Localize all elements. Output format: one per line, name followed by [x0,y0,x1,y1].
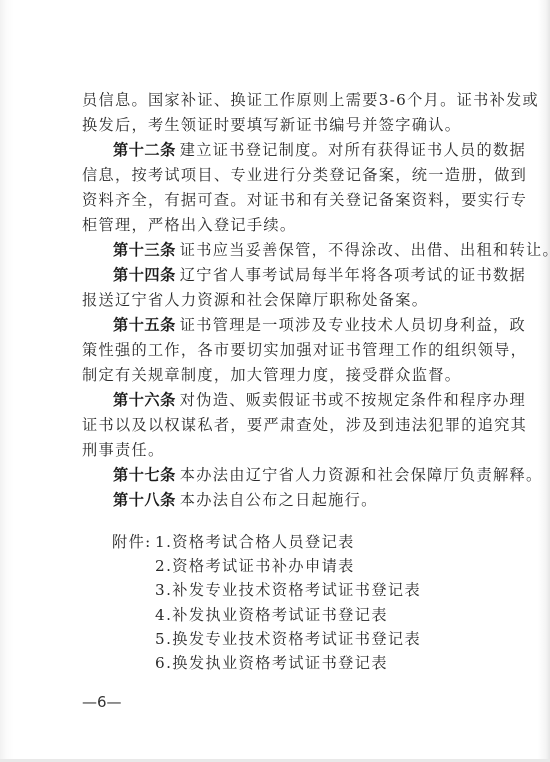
page-number: —6— [82,693,122,711]
article-label: 第十二条 [113,141,176,159]
article-label: 第十六条 [113,391,176,409]
attachment-row: 5.换发专业技术资格考试证书登记表 [112,627,492,651]
text-line: 柜管理，严格出入登记手续。 [82,213,492,238]
attachment-item: 4.补发执业资格考试证书登记表 [155,603,388,627]
article-label: 第十四条 [113,266,176,284]
attachment-row: 附件: 1.资格考试合格人员登记表 [112,530,492,554]
article-label: 第十七条 [113,466,176,484]
text-line: 报送辽宁省人力资源和社会保障厅职称处备案。 [82,288,492,313]
attachments-label: 附件: [112,530,152,554]
article-label: 第十八条 [113,491,176,509]
attachment-row: 6.换发执业资格考试证书登记表 [112,651,492,675]
article-label: 第十三条 [113,241,176,259]
document-body: 员信息。国家补证、换证工作原则上需要3-6个月。证书补发或 换发后，考生领证时要… [82,88,492,513]
text-line: 员信息。国家补证、换证工作原则上需要3-6个月。证书补发或 [82,88,492,113]
article-text: 本办法自公布之日起施行。 [180,491,378,509]
article-16: 第十六条对伪造、贩卖假证书或不按规定条件和程序办理 [82,388,492,413]
text-line: 策性强的工作，各市要切实加强对证书管理工作的组织领导， [82,338,492,363]
article-text: 对伪造、贩卖假证书或不按规定条件和程序办理 [180,391,526,409]
article-15: 第十五条证书管理是一项涉及专业技术人员切身利益，政 [82,313,492,338]
text-line: 换发后，考生领证时要填写新证书编号并签字确认。 [82,113,492,138]
article-text: 本办法由辽宁省人力资源和社会保障厅负责解释。 [180,466,543,484]
article-text: 证书应当妥善保管，不得涂改、出借、出租和转让。 [180,241,550,259]
text-line: 证书以及以权谋私者，要严肃查处，涉及到违法犯罪的追究其 [82,413,492,438]
text-line: 刑事责任。 [82,438,492,463]
article-13: 第十三条证书应当妥善保管，不得涂改、出借、出租和转让。 [82,238,492,263]
scanned-page: 员信息。国家补证、换证工作原则上需要3-6个月。证书补发或 换发后，考生领证时要… [0,0,550,762]
article-18: 第十八条本办法自公布之日起施行。 [82,488,492,513]
attachment-row: 4.补发执业资格考试证书登记表 [112,603,492,627]
text-line: 资料齐全，有据可查。对证书和有关登记备案资料，要实行专 [82,188,492,213]
attachment-item: 6.换发执业资格考试证书登记表 [155,651,388,675]
attachment-item: 2.资格考试证书补办申请表 [155,554,355,578]
attachment-row: 3.补发专业技术资格考试证书登记表 [112,578,492,602]
attachment-row: 2.资格考试证书补办申请表 [112,554,492,578]
article-text: 建立证书登记制度。对所有获得证书人员的数据 [180,141,526,159]
text-line: 信息，按考试项目、专业进行分类登记备案，统一造册，做到 [82,163,492,188]
attachments-list: 附件: 1.资格考试合格人员登记表 2.资格考试证书补办申请表 3.补发专业技术… [112,530,492,675]
article-14: 第十四条辽宁省人事考试局每半年将各项考试的证书数据 [82,263,492,288]
attachment-item: 1.资格考试合格人员登记表 [155,530,355,554]
article-17: 第十七条本办法由辽宁省人力资源和社会保障厅负责解释。 [82,463,492,488]
attachment-item: 5.换发专业技术资格考试证书登记表 [155,627,421,651]
text-line: 制定有关规章制度，加大管理力度，接受群众监督。 [82,363,492,388]
article-label: 第十五条 [113,316,176,334]
article-text: 辽宁省人事考试局每半年将各项考试的证书数据 [180,266,526,284]
article-text: 证书管理是一项涉及专业技术人员切身利益，政 [180,316,526,334]
article-12: 第十二条建立证书登记制度。对所有获得证书人员的数据 [82,138,492,163]
attachment-item: 3.补发专业技术资格考试证书登记表 [155,578,421,602]
